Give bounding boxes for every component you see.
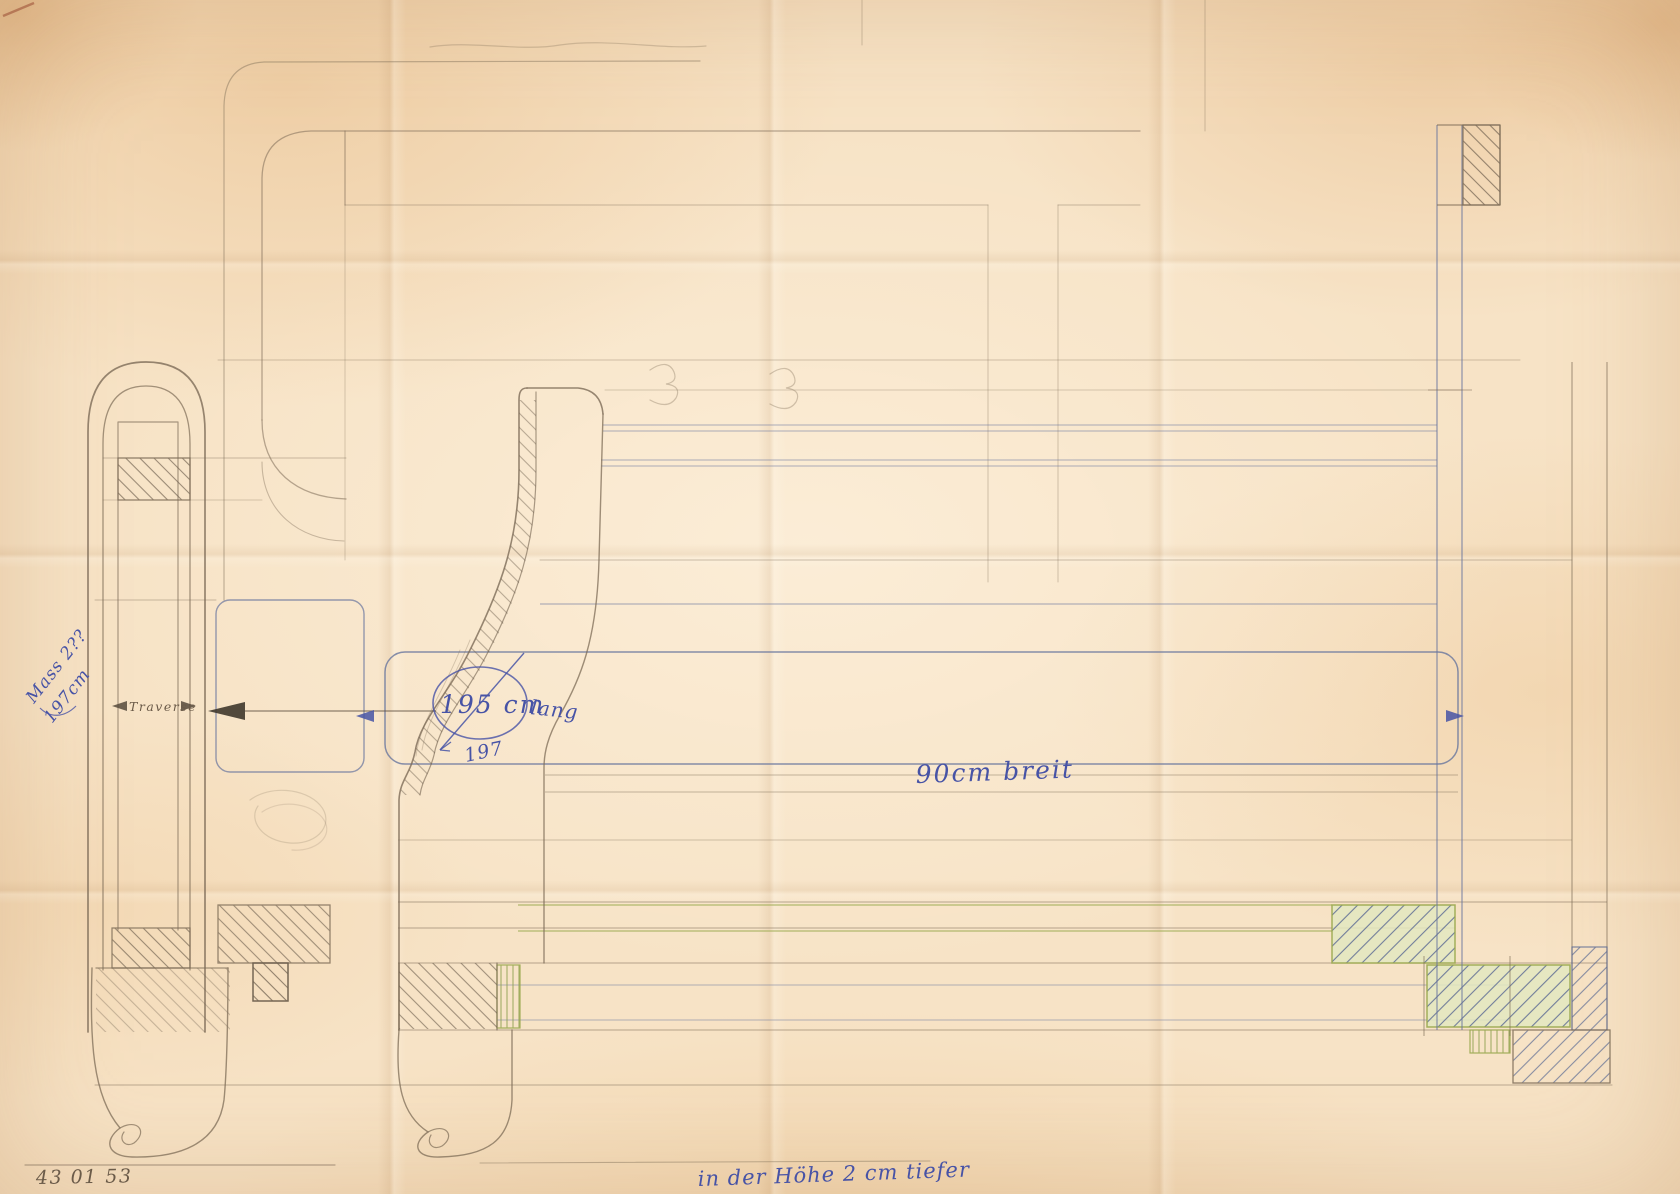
headboard-post bbox=[88, 362, 330, 1157]
annotation-length-revised: 197 bbox=[462, 737, 505, 767]
rail-lines bbox=[398, 775, 1607, 1030]
annotation-width-note: 90cm breit bbox=[915, 754, 1074, 789]
dimension-marks bbox=[40, 653, 1464, 751]
annotation-length-suffix: lang bbox=[529, 695, 579, 724]
green-slat bbox=[497, 905, 1570, 1053]
annotation-traverse-label: Traverse bbox=[129, 699, 197, 714]
curved-side-rail bbox=[398, 388, 603, 1157]
sheet-drawing-number: 43 01 53 bbox=[35, 1165, 133, 1189]
annotation-bottom-note: in der Höhe 2 cm tiefer bbox=[697, 1157, 971, 1191]
width-arrow-left-icon bbox=[356, 710, 374, 722]
bed-technical-drawing: Mass 2?? 197cm Traverse 195 cm lang 197 … bbox=[0, 0, 1680, 1194]
corner-wear-mark bbox=[3, 3, 34, 16]
traverse-arrow-left-icon bbox=[112, 701, 127, 711]
width-arrow-right-icon bbox=[1446, 710, 1464, 722]
drawing-sheet: Mass 2?? 197cm Traverse 195 cm lang 197 … bbox=[0, 0, 1680, 1194]
handwritten-annotations: Mass 2?? 197cm Traverse 195 cm lang 197 … bbox=[22, 626, 1075, 1191]
length-dimension-arrow-icon bbox=[208, 702, 245, 720]
